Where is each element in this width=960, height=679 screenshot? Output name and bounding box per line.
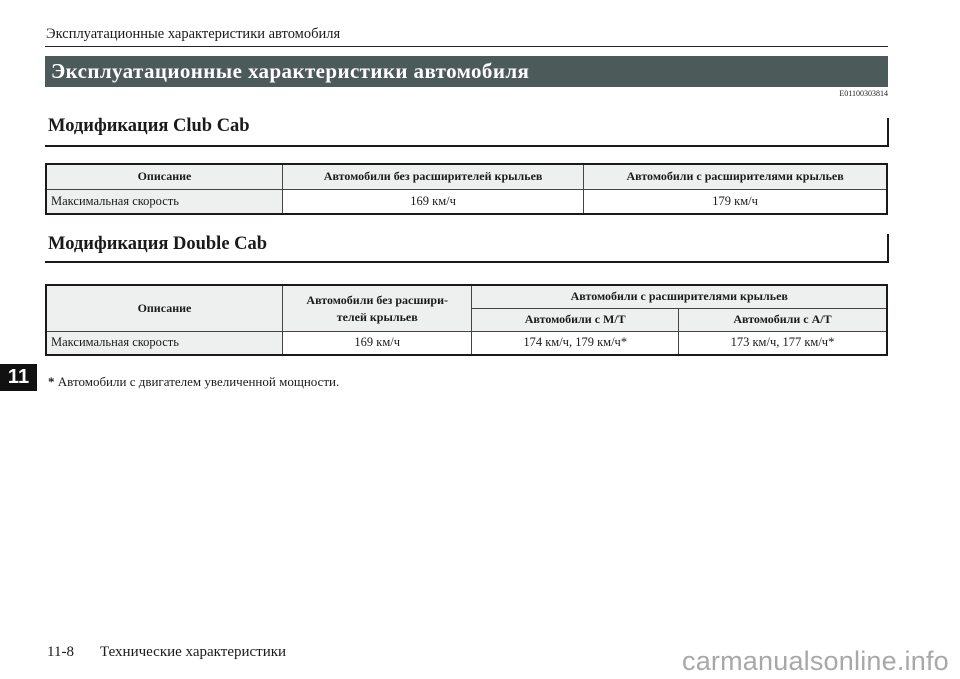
footnote-marker: * (48, 374, 55, 389)
column-header-description: Описание (46, 285, 282, 331)
column-header-description: Описание (46, 164, 282, 189)
cell-with-extenders-speed: 179 км/ч (584, 189, 887, 214)
footnote: * Автомобили с двигателем увеличенной мо… (48, 374, 339, 390)
page-number: 11-8 (47, 644, 74, 661)
column-header-with-extenders: Автомобили с расширителями крыльев (472, 285, 887, 308)
watermark: carmanualsonline.info (682, 646, 949, 677)
double-cab-heading: Модификация Double Cab (45, 234, 888, 263)
footnote-text: Автомобили с двигателем увеличенной мощн… (58, 374, 340, 389)
column-header-no-extenders: Автомобили без расширителей крыльев (282, 164, 583, 189)
column-header-at: Автомобили с А/Т (678, 308, 887, 331)
section-title: Эксплуатационные характеристики автомоби… (51, 59, 529, 83)
table-header-row: Описание Автомобили без расширителей кры… (46, 164, 887, 189)
column-header-no-extenders: Автомобили без расшири- телей крыльев (282, 285, 472, 331)
running-header-title: Эксплуатационные характеристики автомоби… (46, 26, 340, 43)
cell-at-speed: 173 км/ч, 177 км/ч* (678, 331, 887, 355)
column-header-mt: Автомобили с М/Т (472, 308, 678, 331)
chapter-tab: 11 (0, 364, 37, 391)
table-header-row: Описание Автомобили без расшири- телей к… (46, 285, 887, 308)
header-divider (45, 46, 888, 47)
cell-mt-speed: 174 км/ч, 179 км/ч* (472, 331, 678, 355)
row-label-max-speed: Максимальная скорость (46, 331, 282, 355)
footer-chapter-title: Технические характеристики (100, 644, 286, 661)
section-title-bar: Эксплуатационные характеристики автомоби… (45, 56, 888, 87)
table-row: Максимальная скорость 169 км/ч 174 км/ч,… (46, 331, 887, 355)
cell-no-extenders-speed: 169 км/ч (282, 331, 472, 355)
row-label-max-speed: Максимальная скорость (46, 189, 282, 214)
cell-no-extenders-speed: 169 км/ч (282, 189, 583, 214)
double-cab-table: Описание Автомобили без расшири- телей к… (45, 284, 888, 356)
club-cab-table: Описание Автомобили без расширителей кры… (45, 163, 888, 215)
club-cab-heading: Модификация Club Cab (45, 116, 888, 147)
column-header-with-extenders: Автомобили с расширителями крыльев (584, 164, 887, 189)
table-row: Максимальная скорость 169 км/ч 179 км/ч (46, 189, 887, 214)
document-code: E01100303814 (839, 89, 888, 98)
column-header-no-extenders-text: Автомобили без расшири- телей крыльев (306, 293, 448, 324)
